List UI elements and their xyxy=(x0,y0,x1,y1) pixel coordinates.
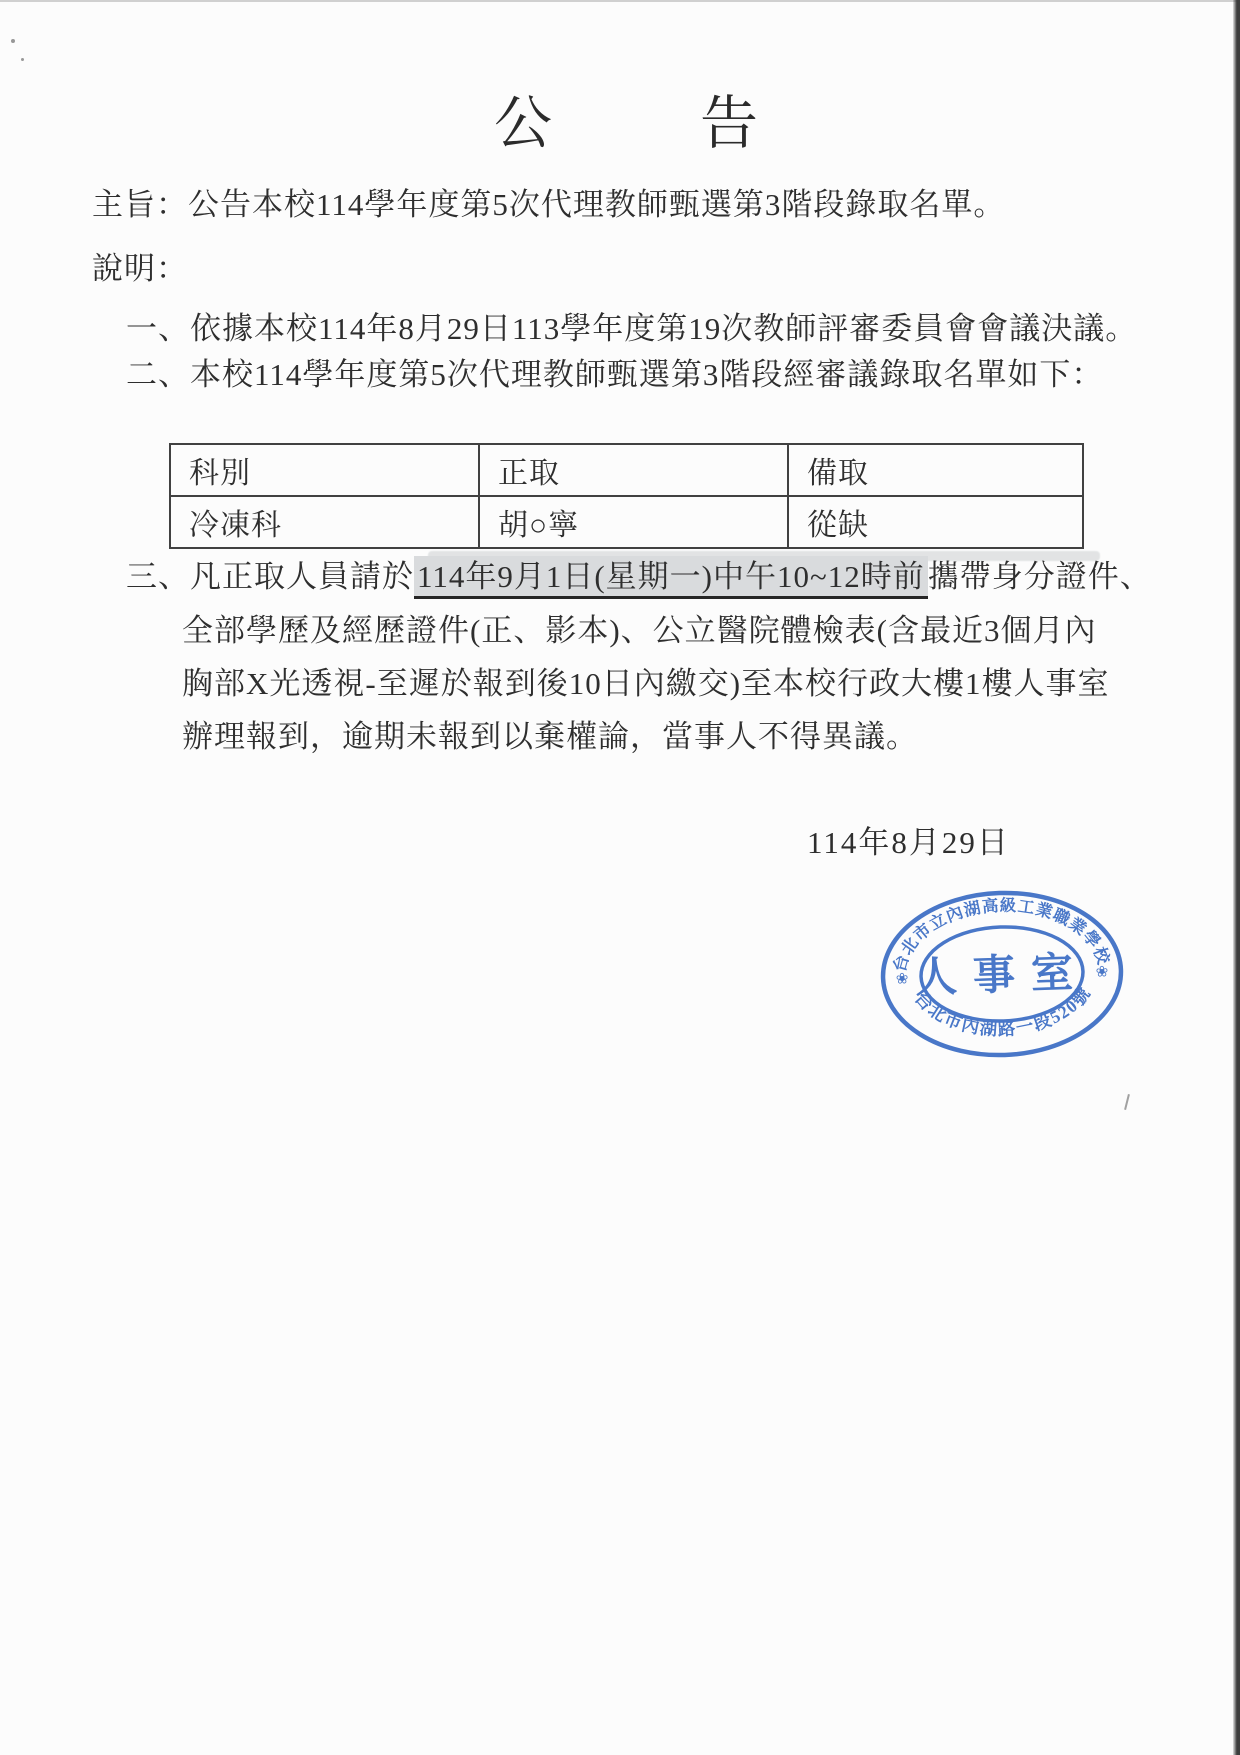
scan-speck xyxy=(21,58,24,61)
scan-edge-top xyxy=(0,0,1240,2)
stamp-center-text: 人事室 xyxy=(914,949,1090,1002)
scan-edge-right xyxy=(1233,0,1240,1755)
list-item-2: 二、本校114學年度第5次代理教師甄選第3階段經審議錄取名單如下： xyxy=(126,356,1103,395)
explanation-label: 說明： xyxy=(92,250,188,289)
list-item-3-line-3: 胸部X光透視-至遲於報到後10日內繳交)至本校行政大樓1樓人事室 xyxy=(182,665,1110,704)
list-item-1: 一、依據本校114年8月29日113學年度第19次教師評審委員會會議決議。 xyxy=(126,310,1137,349)
stamp-svg: 台北市立內湖高級工業職業學校 台北市內湖路一段520號 人事室 ❀ ❀ xyxy=(875,884,1129,1065)
table-header-row: 科別 正取 備取 xyxy=(170,444,1083,496)
item3-prefix: 三、凡正取人員請於 xyxy=(126,559,414,594)
flower-right-icon: ❀ xyxy=(1095,964,1108,980)
table-cell-waitlist: 從缺 xyxy=(788,496,1083,548)
table-cell-subject: 冷凍科 xyxy=(170,496,479,548)
scan-speck xyxy=(11,39,15,43)
personnel-office-stamp: 台北市立內湖高級工業職業學校 台北市內湖路一段520號 人事室 ❀ ❀ xyxy=(875,884,1129,1065)
item3-suffix: 攜帶身分證件、 xyxy=(928,559,1152,594)
list-item-3-line-1: 三、凡正取人員請於114年9月1日(星期一)中午10~12時前攜帶身分證件、 xyxy=(126,558,1152,597)
scan-speck xyxy=(1124,1094,1130,1110)
results-table: 科別 正取 備取 冷凍科 胡○寧 從缺 xyxy=(169,443,1084,549)
table-cell-admitted: 胡○寧 xyxy=(479,496,788,548)
issue-date: 114年8月29日 xyxy=(807,824,1010,863)
page-title: 公告 xyxy=(494,92,906,156)
list-item-3-line-2: 全部學歷及經歷證件(正、影本)、公立醫院體檢表(含最近3個月內 xyxy=(182,612,1096,651)
flower-left-icon: ❀ xyxy=(896,971,909,987)
table-row: 冷凍科 胡○寧 從缺 xyxy=(170,496,1083,548)
highlighted-deadline: 114年9月1日(星期一)中午10~12時前 xyxy=(414,556,928,599)
table-header-subject: 科別 xyxy=(170,444,479,496)
table-header-admitted: 正取 xyxy=(479,444,788,496)
subject-line: 主旨：公告本校114學年度第5次代理教師甄選第3階段錄取名單。 xyxy=(92,186,1005,225)
table-header-waitlist: 備取 xyxy=(788,444,1083,496)
scanned-announcement-page: 公告 主旨：公告本校114學年度第5次代理教師甄選第3階段錄取名單。 說明： 一… xyxy=(0,0,1240,1755)
list-item-3-line-4: 辦理報到，逾期未報到以棄權論，當事人不得異議。 xyxy=(182,718,918,757)
